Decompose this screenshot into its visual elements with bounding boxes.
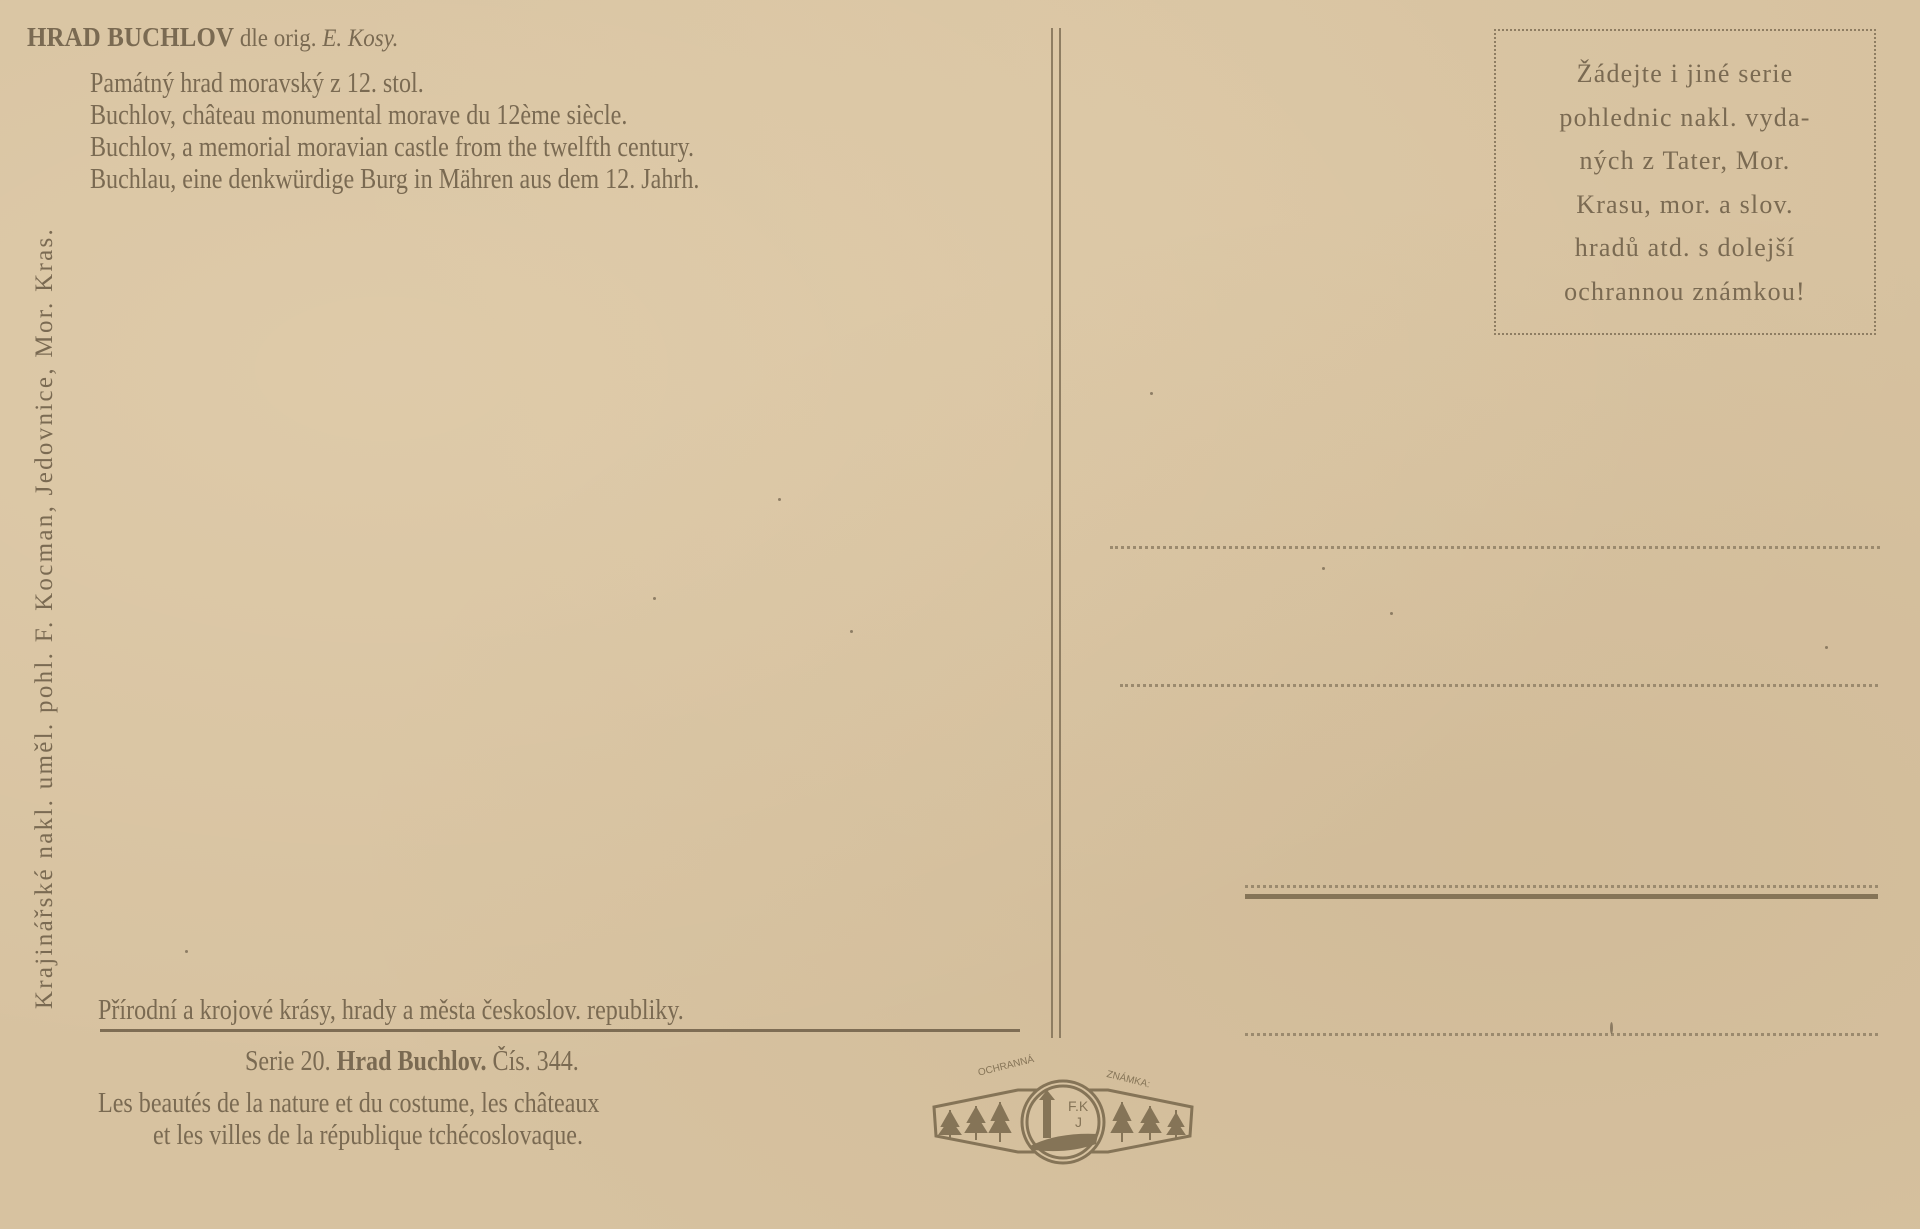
stamp-box-text: Žádejte i jiné serie pohlednic nakl. vyd… bbox=[1494, 52, 1876, 313]
paper-speck bbox=[850, 630, 853, 633]
stamp-text-line-3: ných z Tater, Mor. bbox=[1494, 139, 1876, 183]
address-line-4 bbox=[1245, 1033, 1878, 1036]
address-line-3 bbox=[1245, 885, 1878, 888]
stamp-text-line-1: Žádejte i jiné serie bbox=[1494, 52, 1876, 96]
description-german: Buchlau, eine denkwürdige Burg in Mähren… bbox=[90, 164, 699, 196]
address-underline-bold bbox=[1245, 894, 1878, 899]
description-english: Buchlov, a memorial moravian castle from… bbox=[90, 132, 699, 164]
divider-line-right bbox=[1059, 28, 1061, 1038]
paper-speck bbox=[778, 498, 781, 501]
title-attribution: dle orig. bbox=[234, 25, 322, 52]
castle-name: HRAD BUCHLOV bbox=[27, 22, 234, 52]
series-prefix: Serie 20. bbox=[245, 1046, 337, 1077]
paper-speck bbox=[653, 597, 656, 600]
paper-speck bbox=[1390, 612, 1393, 615]
paper-speck bbox=[1150, 392, 1153, 395]
artist-name: E. Kosy. bbox=[322, 25, 398, 52]
card-title: HRAD BUCHLOV dle orig. E. Kosy. bbox=[27, 22, 398, 53]
address-line-2 bbox=[1120, 684, 1878, 687]
trademark-initials-2: J bbox=[1075, 1114, 1082, 1130]
paper-speck bbox=[1322, 567, 1325, 570]
description-czech: Památný hrad moravský z 12. stol. bbox=[90, 68, 699, 100]
address-line-1 bbox=[1110, 546, 1880, 549]
paper-speck bbox=[185, 950, 188, 953]
paper-speck bbox=[1610, 1022, 1613, 1034]
series-info: Serie 20. Hrad Buchlov. Čís. 344. bbox=[245, 1046, 579, 1078]
stamp-text-line-6: ochrannou známkou! bbox=[1494, 270, 1876, 314]
trademark-initials: F.K bbox=[1068, 1098, 1088, 1114]
series-name: Hrad Buchlov. bbox=[337, 1046, 487, 1077]
collection-underline bbox=[100, 1029, 1020, 1032]
publisher-vertical-text: Krajinářské nakl. uměl. pohl. F. Kocman,… bbox=[31, 227, 59, 1009]
collection-title: Přírodní a krojové krásy, hrady a města … bbox=[98, 995, 684, 1027]
description-french: Buchlov, château monumental morave du 12… bbox=[90, 100, 699, 132]
divider-line-left bbox=[1051, 28, 1053, 1038]
paper-speck bbox=[1825, 646, 1828, 649]
description-block: Památný hrad moravský z 12. stol. Buchlo… bbox=[90, 68, 699, 196]
stamp-text-line-2: pohlednic nakl. vyda- bbox=[1494, 96, 1876, 140]
series-number: Čís. 344. bbox=[486, 1046, 578, 1077]
trademark-logo-icon bbox=[928, 1070, 1198, 1170]
collection-french: Les beautés de la nature et du costume, … bbox=[98, 1088, 889, 1152]
stamp-text-line-5: hradů atd. s dolejší bbox=[1494, 226, 1876, 270]
collection-french-line-2: et les villes de la république tchécoslo… bbox=[98, 1120, 889, 1152]
collection-french-line-1: Les beautés de la nature et du costume, … bbox=[98, 1088, 889, 1120]
stamp-text-line-4: Krasu, mor. a slov. bbox=[1494, 183, 1876, 227]
